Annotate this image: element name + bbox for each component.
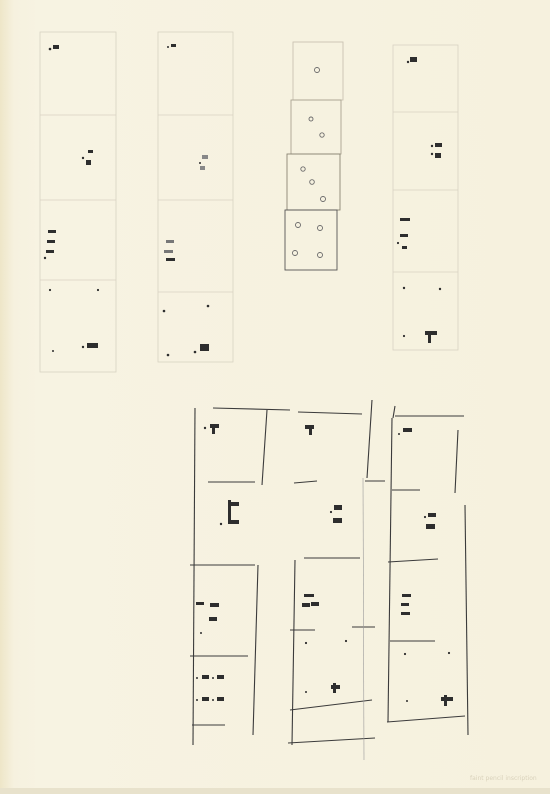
- pencil-sketch: [0, 0, 550, 794]
- bottom-grid: [190, 400, 468, 760]
- paper-edge: [0, 788, 550, 794]
- sketch-paper: faint pencil inscription: [0, 0, 550, 794]
- top-right-column: [393, 45, 458, 350]
- domino-column: [285, 42, 343, 270]
- top-right-marks: [397, 57, 442, 343]
- signature-inscription: faint pencil inscription: [470, 775, 537, 782]
- top-left-grid: [40, 32, 233, 372]
